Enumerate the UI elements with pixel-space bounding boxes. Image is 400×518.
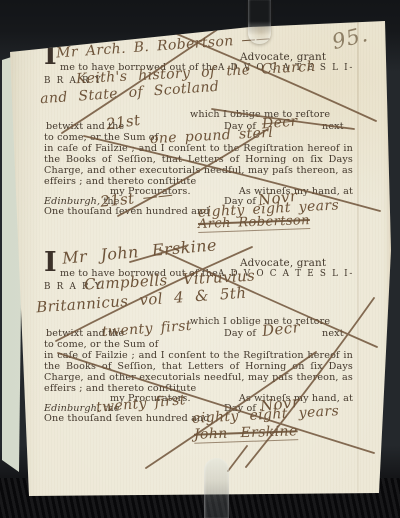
- printed-next: next: [322, 329, 344, 339]
- drop-cap-initial: I: [44, 44, 57, 68]
- borrower-signature: John Erskine: [194, 423, 298, 444]
- printed-sum-line: to come, or the Sum of: [44, 340, 158, 350]
- printed-day-of: Day of: [224, 329, 256, 339]
- printed-books-line: the Books of Seſſion, that Letters of Ho…: [44, 155, 353, 165]
- printed-oblige-line: which I oblige me to reſtore: [190, 317, 330, 327]
- due-day: 21st: [105, 111, 142, 134]
- borrower-name: Mr Arch. B. Robertson ——: [56, 31, 271, 62]
- printed-year-line: One thouſand ſeven hundred and: [44, 207, 210, 217]
- due-day: twenty first: [102, 318, 193, 340]
- retaining-strap-bottom: [204, 458, 229, 518]
- printed-year-line: One thouſand ſeven hundred and: [44, 414, 210, 424]
- printed-next: next: [322, 122, 344, 132]
- ledger-page: 95. I Mr Arch. B. Robertson —— Advocate,…: [0, 0, 400, 518]
- printed-failzie-line: in caſe of Failzie ; and I conſent to th…: [44, 351, 353, 361]
- printed-sum-line: to come, or the Sum of: [44, 133, 158, 143]
- printed-failzie-line: in caſe of Failzie ; and I conſent to th…: [44, 144, 353, 154]
- page-crease: [357, 22, 359, 492]
- photographed-ledger-scene: 95. I Mr Arch. B. Robertson —— Advocate,…: [0, 0, 400, 518]
- retaining-strap-top: [248, 0, 271, 44]
- printed-charge-line: Charge, and other executorials needful, …: [44, 373, 353, 383]
- due-month: Decr: [261, 318, 301, 340]
- printed-books-line: the Books of Seſſion, that Letters of Ho…: [44, 362, 353, 372]
- borrower-name: Mr John Erskine: [61, 235, 217, 267]
- printed-oblige-line: which I oblige me to reſtore: [190, 110, 330, 120]
- borrower-signature: Arch Robertson: [198, 213, 310, 233]
- folio-number: 95.: [330, 22, 371, 54]
- printed-charge-line: Charge, and other executorials needful, …: [44, 166, 353, 176]
- drop-cap-initial: I: [44, 251, 57, 275]
